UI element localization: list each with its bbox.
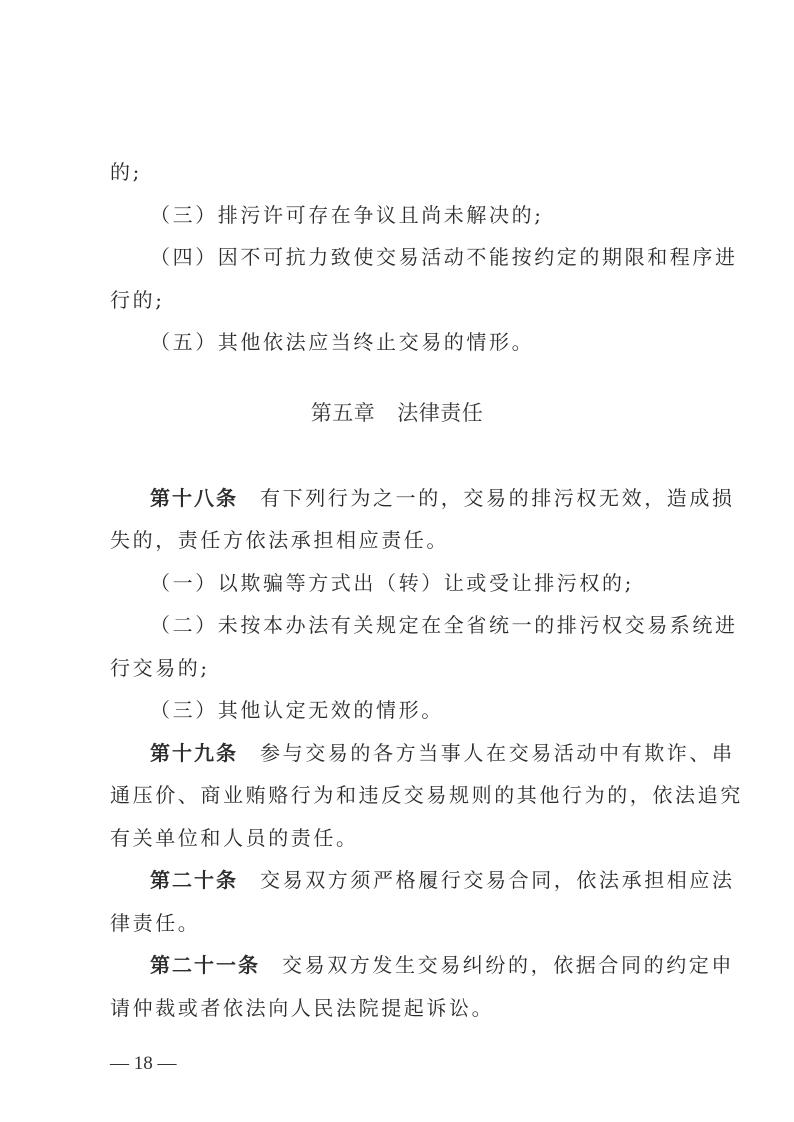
text-line: 的; <box>110 160 142 184</box>
list-item: （三）其他认定无效的情形。 <box>150 698 444 722</box>
article-label: 第二十条 <box>150 868 238 892</box>
text-line: 行交易的; <box>110 656 210 680</box>
article-19: 第十九条参与交易的各方当事人在交易活动中有欺诈、串 <box>150 741 735 765</box>
page-number: — 18 — <box>110 1052 177 1076</box>
article-20: 第二十条交易双方须严格履行交易合同，依法承担相应法 <box>150 868 735 892</box>
article-label: 第十八条 <box>150 486 238 510</box>
article-21: 第二十一条交易双方发生交易纠纷的，依据合同的约定申 <box>150 953 734 977</box>
list-item: （二）未按本办法有关规定在全省统一的排污权交易系统进 <box>150 613 738 637</box>
article-text: 参与交易的各方当事人在交易活动中有欺诈、串 <box>260 741 735 765</box>
list-item: （四）因不可抗力致使交易活动不能按约定的期限和程序进 <box>150 245 738 269</box>
article-text-line: 通压价、商业贿赂行为和违反交易规则的其他行为的，依法追究 <box>110 783 743 807</box>
chapter-number: 第五章 <box>311 401 376 425</box>
article-text: 有下列行为之一的，交易的排污权无效，造成损 <box>260 486 735 510</box>
article-text: 交易双方须严格履行交易合同，依法承担相应法 <box>260 868 735 892</box>
article-label: 第二十一条 <box>150 953 260 977</box>
chapter-title: 法律责任 <box>397 401 483 425</box>
article-text-line: 有关单位和人员的责任。 <box>110 826 359 850</box>
article-text-line: 律责任。 <box>110 911 200 935</box>
list-item: （五）其他依法应当终止交易的情形。 <box>150 330 534 354</box>
article-text: 交易双方发生交易纠纷的，依据合同的约定申 <box>282 953 734 977</box>
article-text-line: 失的，责任方依法承担相应责任。 <box>110 528 449 552</box>
list-item: （三）排污许可存在争议且尚未解决的; <box>150 203 544 227</box>
article-18: 第十八条有下列行为之一的，交易的排污权无效，造成损 <box>150 486 735 510</box>
chapter-heading: 第五章法律责任 <box>0 400 794 426</box>
article-text-line: 请仲裁或者依法向人民法院提起诉讼。 <box>110 996 494 1020</box>
text-line: 行的; <box>110 288 165 312</box>
article-label: 第十九条 <box>150 741 238 765</box>
list-item: （一）以欺骗等方式出（转）让或受让排污权的; <box>150 571 634 595</box>
